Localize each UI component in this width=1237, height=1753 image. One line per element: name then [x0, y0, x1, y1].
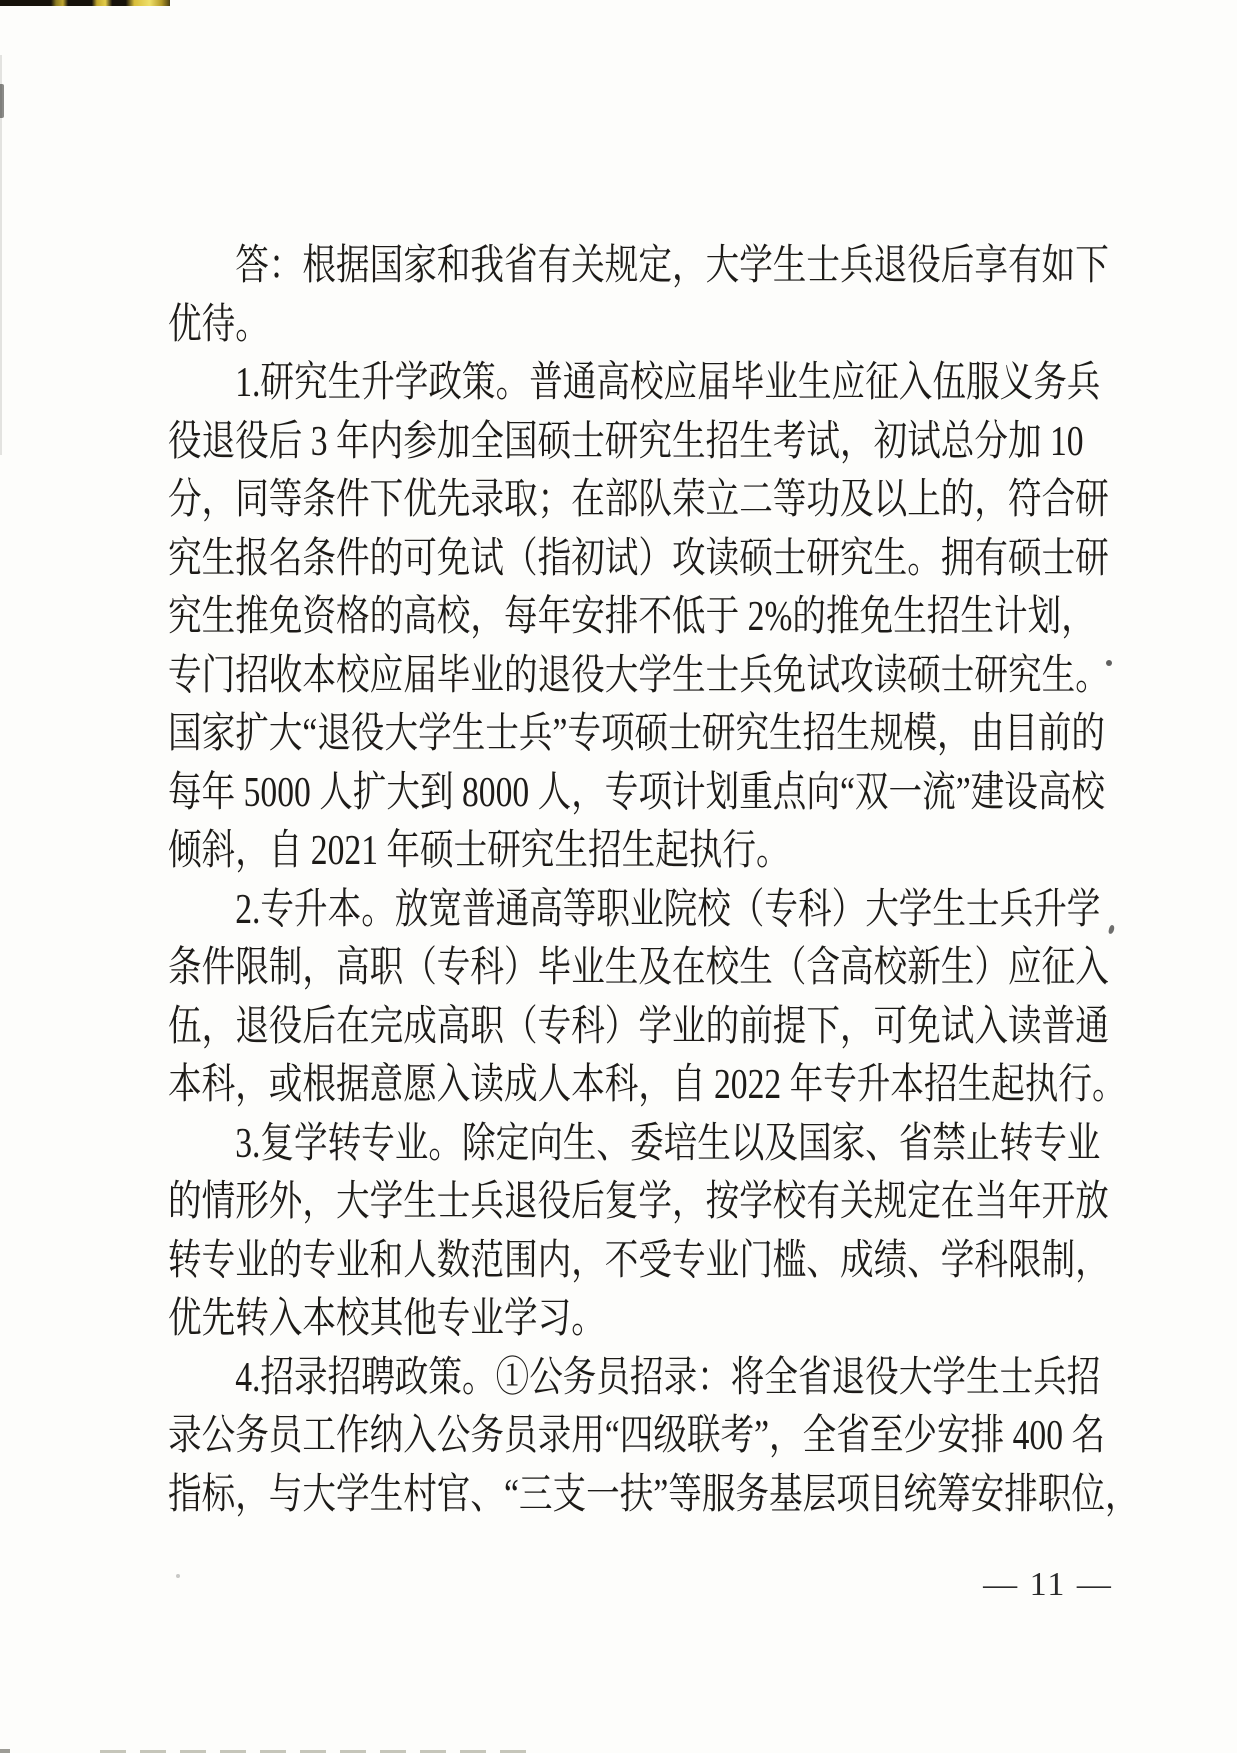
document-page: 答：根据国家和我省有关规定，大学生士兵退役后享有如下 优待。 1.研究生升学政策… [0, 0, 1237, 1753]
scan-artifact-bottom-corner [0, 1749, 10, 1753]
text-line: 4.招录招聘政策。①公务员招录：将全省退役大学生士兵招 [168, 1345, 1237, 1404]
ink-speck [1106, 660, 1112, 666]
text-line: 3.复学转专业。除定向生、委培生以及国家、省禁止转专业 [168, 1111, 1237, 1170]
document-body: 答：根据国家和我省有关规定，大学生士兵退役后享有如下 优待。 1.研究生升学政策… [168, 233, 1237, 1520]
text-line: 国家扩大“退役大学生士兵”专项硕士研究生招生规模，由目前的 [168, 701, 1237, 760]
text-line: 专门招收本校应届毕业的退役大学生士兵免试攻读硕士研究生。 [168, 643, 1237, 702]
page-number: — 11 — [968, 1566, 1128, 1604]
text-line: 答：根据国家和我省有关规定，大学生士兵退役后享有如下 [168, 233, 1237, 292]
text-line: 1.研究生升学政策。普通高校应届毕业生应征入伍服义务兵 [168, 350, 1237, 409]
text-line: 本科，或根据意愿入读成人本科，自 2022 年专升本招生起执行。 [168, 1052, 1237, 1111]
text-line: 条件限制，高职（专科）毕业生及在校生（含高校新生）应征入 [168, 935, 1237, 994]
text-line: 的情形外，大学生士兵退役后复学，按学校有关规定在当年开放 [168, 1169, 1237, 1228]
text-line: 转专业的专业和人数范围内，不受专业门槛、成绩、学科限制， [168, 1228, 1237, 1287]
scan-artifact-top-edge [0, 0, 170, 6]
text-line: 每年 5000 人扩大到 8000 人，专项计划重点向“双一流”建设高校 [168, 760, 1237, 819]
text-line: 指标，与大学生村官、“三支一扶”等服务基层项目统筹安排职位， [168, 1462, 1237, 1521]
text-line: 优先转入本校其他专业学习。 [168, 1286, 1237, 1345]
text-line: 分，同等条件下优先录取；在部队荣立二等功及以上的，符合研 [168, 467, 1237, 526]
text-line: 究生推免资格的高校，每年安排不低于 2%的推免生招生计划， [168, 584, 1237, 643]
text-line: 2.专升本。放宽普通高等职业院校（专科）大学生士兵升学 [168, 877, 1237, 936]
text-line: 役退役后 3 年内参加全国硕士研究生招生考试，初试总分加 10 [168, 409, 1237, 468]
text-line: 优待。 [168, 292, 1237, 351]
text-line: 倾斜，自 2021 年硕士研究生招生起执行。 [168, 818, 1237, 877]
scan-artifact-left-smudge [0, 84, 4, 118]
text-line: 伍，退役后在完成高职（专科）学业的前提下，可免试入读普通 [168, 994, 1237, 1053]
ink-speck [176, 1574, 180, 1578]
text-line: 录公务员工作纳入公务员录用“四级联考”，全省至少安排 400 名 [168, 1403, 1237, 1462]
text-line: 究生报名条件的可免试（指初试）攻读硕士研究生。拥有硕士研 [168, 526, 1237, 585]
